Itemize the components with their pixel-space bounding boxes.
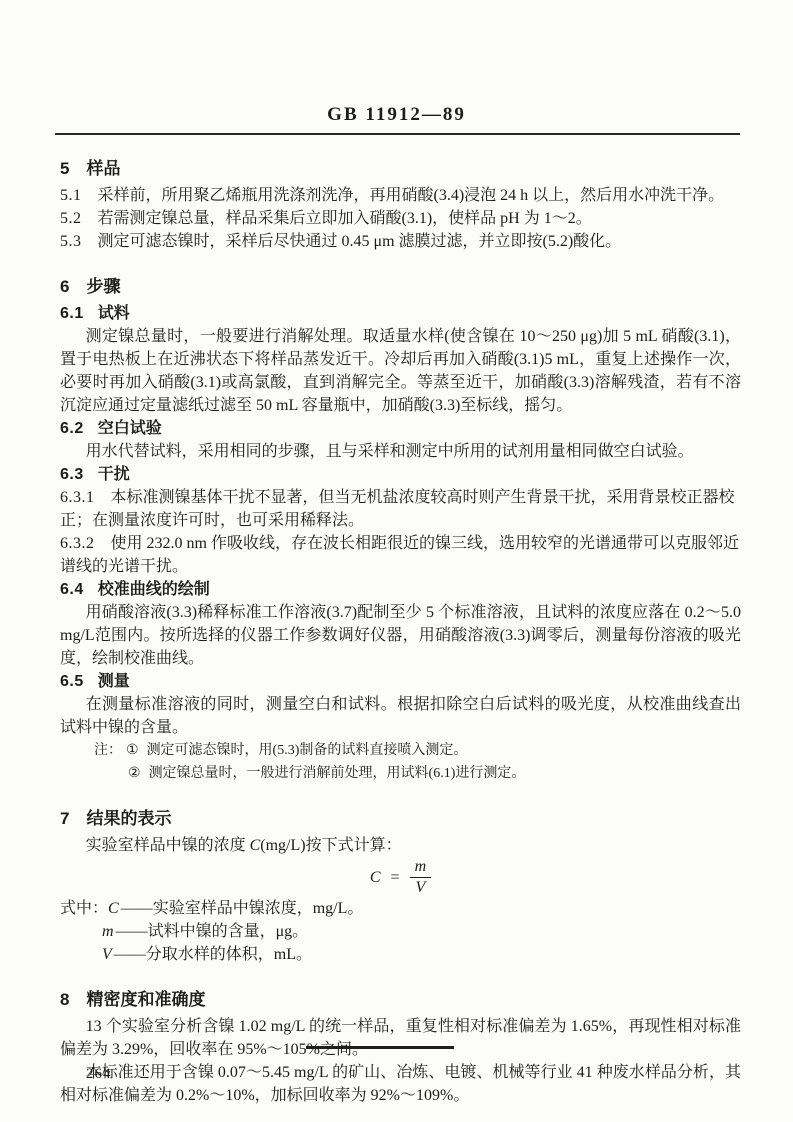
subsection-number: 6.3 (60, 466, 84, 483)
subsection-title: 干扰 (98, 466, 130, 483)
section-number: 6 (60, 277, 70, 296)
fraction-denominator: V (410, 878, 432, 897)
note-text: 测定可滤态镍时，用(5.3)制备的试料直接喷入测定。 (147, 743, 468, 758)
clause-text: 测定可滤态镍时，采样后尽快通过 0.45 μm 滤膜过滤，并立即按(5.2)酸化… (98, 233, 622, 250)
paragraph-6-5: 在测量标准溶液的同时，测量空白和试料。根据扣除空白后试料的吸光度，从校准曲线查出… (60, 693, 741, 739)
clause-text: 使用 232.0 nm 作吸收线，存在波长相距很近的镍三线，选用较窄的光谱通带可… (60, 535, 739, 575)
section-7-heading: 7结果的表示 (60, 807, 741, 830)
subsection-number: 6.2 (60, 420, 84, 437)
symbol: V (102, 946, 112, 963)
paragraph-6-2: 用水代替试料，采用相同的步骤，且与采样和测定中所用的试剂用量相同做空白试验。 (60, 440, 741, 463)
paragraph-8-2: 本标准还用于含镍 0.07～5.45 mg/L 的矿山、冶炼、电镀、机械等行业 … (60, 1061, 741, 1107)
document-body: 5样品 5.1采样前，所用聚乙烯瓶用洗涤剂洗净，再用硝酸(3.4)浸泡 24 h… (0, 157, 793, 1107)
note-text: 测定镍总量时，一般进行消解前处理，用试料(6.1)进行测定。 (149, 766, 526, 781)
scanned-standard-page: GB 11912—89 5样品 5.1采样前，所用聚乙烯瓶用洗涤剂洗净，再用硝酸… (0, 0, 793, 1122)
paragraph-6-1: 测定镍总量时，一般要进行消解处理。取适量水样(使含镍在 10～250 μg)加 … (60, 325, 741, 417)
fraction: m V (410, 858, 432, 896)
note-1: 注：①测定可滤态镍时，用(5.3)制备的试料直接喷入测定。 (94, 739, 741, 762)
paragraph-6-4: 用硝酸溶液(3.3)稀释标准工作溶液(3.7)配制至少 5 个标准溶液，且试料的… (60, 601, 741, 670)
fraction-numerator: m (410, 858, 432, 878)
intro-text: 实验室样品中镍的浓度 (86, 837, 250, 854)
clause-5-3: 5.3测定可滤态镍时，采样后尽快通过 0.45 μm 滤膜过滤，并立即按(5.2… (60, 230, 741, 253)
subsection-title: 试料 (98, 305, 130, 322)
clause-number: 5.3 (60, 233, 82, 250)
intro-variable: C (250, 837, 261, 854)
note-label: 注： (94, 743, 122, 758)
definition: 试料中镍的含量，μg。 (148, 923, 309, 940)
section-title: 精密度和准确度 (86, 990, 205, 1009)
paragraph-8-1: 13 个实验室分析含镍 1.02 mg/L 的统一样品，重复性相对标准偏差为 1… (60, 1015, 741, 1061)
clause-text: 采样前，所用聚乙烯瓶用洗涤剂洗净，再用硝酸(3.4)浸泡 24 h 以上，然后用… (98, 187, 725, 204)
subsection-title: 校准曲线的绘制 (98, 581, 210, 598)
page-header: GB 11912—89 (0, 104, 793, 135)
definition: 分取水样的体积，mL。 (146, 946, 312, 963)
page-number: 264 (86, 1066, 112, 1083)
clause-5-1: 5.1采样前，所用聚乙烯瓶用洗涤剂洗净，再用硝酸(3.4)浸泡 24 h 以上，… (60, 184, 741, 207)
clause-text: 若需测定镍总量，样品采集后立即加入硝酸(3.1)，使样品 pH 为 1～2。 (98, 210, 592, 227)
notes-block: 注：①测定可滤态镍时，用(5.3)制备的试料直接喷入测定。 ②测定镍总量时，一般… (60, 739, 741, 785)
section-5-heading: 5样品 (60, 157, 741, 180)
equals-sign: = (391, 866, 400, 889)
note-2: ②测定镍总量时，一般进行消解前处理，用试料(6.1)进行测定。 (94, 762, 741, 785)
formula: C = m V (60, 857, 741, 897)
subsection-number: 6.5 (60, 673, 84, 690)
subsection-title: 空白试验 (98, 420, 162, 437)
section-number: 7 (60, 809, 70, 828)
clause-5-2: 5.2若需测定镍总量，样品采集后立即加入硝酸(3.1)，使样品 pH 为 1～2… (60, 207, 741, 230)
where-definition-c: 式中：C——实验室样品中镍浓度，mg/L。 (60, 897, 741, 920)
subsection-number: 6.1 (60, 305, 84, 322)
clause-number: 6.3.2 (60, 535, 95, 552)
subsection-6-2-heading: 6.2空白试验 (60, 417, 741, 440)
subsection-6-3-heading: 6.3干扰 (60, 463, 741, 486)
subsection-6-4-heading: 6.4校准曲线的绘制 (60, 578, 741, 601)
clause-number: 5.2 (60, 210, 82, 227)
clause-number: 5.1 (60, 187, 82, 204)
clause-6-3-1: 6.3.1本标准测镍基体干扰不显著，但当无机盐浓度较高时则产生背景干扰，采用背景… (60, 486, 741, 532)
definition: 实验室样品中镍浓度，mg/L。 (153, 900, 364, 917)
section-title: 结果的表示 (86, 809, 171, 828)
formula-lhs: C (370, 866, 381, 889)
section-number: 8 (60, 990, 70, 1009)
clause-number: 6.3.1 (60, 489, 95, 506)
note-marker: ① (126, 743, 139, 758)
clause-text: 本标准测镍基体干扰不显著，但当无机盐浓度较高时则产生背景干扰，采用背景校正器校正… (60, 489, 735, 529)
where-definition-m: m——试料中镍的含量，μg。 (60, 920, 741, 943)
section-title: 样品 (86, 159, 120, 178)
dash: —— (121, 900, 153, 917)
end-of-text-divider (306, 1046, 454, 1049)
where-definition-v: V——分取水样的体积，mL。 (60, 943, 741, 966)
dash: —— (116, 923, 148, 940)
intro-text: (mg/L)按下式计算： (260, 837, 401, 854)
symbol: C (108, 900, 119, 917)
section-number: 5 (60, 159, 70, 178)
formula-intro: 实验室样品中镍的浓度 C(mg/L)按下式计算： (60, 834, 741, 857)
subsection-6-1-heading: 6.1试料 (60, 302, 741, 325)
section-6-heading: 6步骤 (60, 275, 741, 298)
subsection-6-5-heading: 6.5测量 (60, 670, 741, 693)
clause-6-3-2: 6.3.2使用 232.0 nm 作吸收线，存在波长相距很近的镍三线，选用较窄的… (60, 532, 741, 578)
standard-code: GB 11912—89 (0, 104, 793, 126)
section-8-heading: 8精密度和准确度 (60, 988, 741, 1011)
where-label: 式中： (60, 900, 108, 917)
note-marker: ② (128, 766, 141, 781)
section-title: 步骤 (86, 277, 120, 296)
subsection-title: 测量 (98, 673, 130, 690)
dash: —— (114, 946, 146, 963)
symbol: m (102, 923, 114, 940)
header-rule (55, 133, 740, 135)
subsection-number: 6.4 (60, 581, 84, 598)
